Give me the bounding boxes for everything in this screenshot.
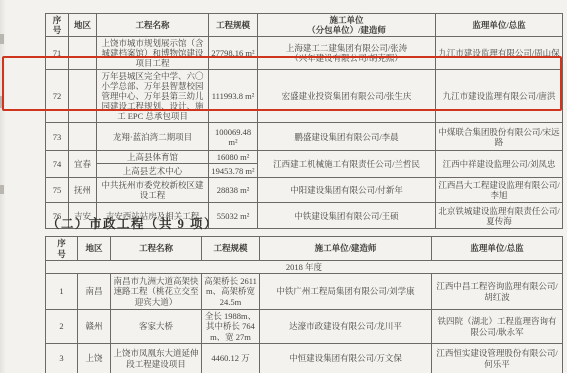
cell-serial: 71	[46, 37, 69, 70]
table-row: 73 龙翔·蓝泊湾二期项目 100069.48 m² 鹏盛建设集团有限公司/李晨…	[46, 123, 563, 151]
cell-project-name: 上高县艺术中心	[97, 164, 209, 178]
column-header-builder: 施工单位/建造师	[260, 237, 432, 261]
scan-artifact	[0, 96, 4, 108]
cell-scale: 16080 m²	[209, 151, 258, 164]
column-header-scale: 工程规模	[202, 237, 260, 261]
cell-project-name: 上高县体育馆	[97, 151, 209, 164]
scan-artifact	[0, 34, 4, 44]
table-row: 3 上饶 上饶市凤凰东大道延伸段工程建设项目 4460.12 万 中恒建设集团有…	[46, 344, 563, 373]
cell-scale: 19453.78 m²	[209, 164, 258, 178]
table-row-highlighted: 72 万年县城区完全中学、六〇小学总部、万年县智慧校园管理中心、万年县第三幼儿园…	[46, 70, 563, 123]
cell-builder: 中铁建设集团有限公司/王硕	[258, 203, 436, 229]
cell-serial: 2	[46, 310, 78, 344]
table-row: 1 南昌 南昌市九洲大道高架快速路工程（桃花立交至迎宾大道） 高架桥长 2611…	[46, 274, 563, 310]
cell-region: 南昌	[78, 274, 111, 310]
column-header-region: 地区	[69, 14, 97, 37]
cell-scale: 高架桥长 2611m、高架桥宽 24.5m	[202, 274, 260, 310]
cell-supervisor: 江西中祥建设监理公司/刘凤忠	[436, 151, 563, 178]
cell-builder: 中铁广州工程局集团有限公司/刘学康	[260, 274, 432, 310]
cell-serial: 74	[46, 151, 69, 178]
cell-scale: 100069.48 m²	[209, 123, 258, 151]
cell-scale: 全长 1988m、其中桥长 764m、宽 27m	[202, 310, 260, 344]
municipal-projects-table: 序 号 地区 工程名称 工程规模 施工单位/建造师 监理单位/总监 2018 年…	[45, 236, 563, 373]
column-header-supervisor: 监理单位/总监	[436, 14, 563, 37]
cell-scale: 4460.12 万	[202, 344, 260, 373]
cell-builder: 上海建工二建集团有限公司/张涛 （兴年建设有限公司/胡克熙）	[258, 37, 436, 70]
cell-scale: 111993.8 m²	[209, 70, 258, 123]
cell-serial: 1	[46, 274, 78, 310]
table-row: 2 赣州 客家大桥 全长 1988m、其中桥长 764m、宽 27m 达濠市政建…	[46, 310, 563, 344]
cell-region: 抚州	[69, 178, 97, 203]
column-header-project-name: 工程名称	[97, 14, 209, 37]
table-row: 71 上饶市城市规划展示馆（含城建档案馆）和博物馆建设项目工程 27798.16…	[46, 37, 563, 70]
cell-scale: 28838 m²	[209, 178, 258, 203]
year-row-label: 2018 年度	[46, 261, 563, 274]
cell-region	[69, 37, 97, 70]
column-header-scale: 工程规模	[209, 14, 258, 37]
scan-artifact	[0, 185, 4, 194]
cell-builder: 中恒建设集团有限公司/万文保	[260, 344, 432, 373]
cell-supervisor: 九江市建设监理有限公司/周山保	[436, 37, 563, 70]
cell-region: 赣州	[78, 310, 111, 344]
year-row: 2018 年度	[46, 261, 563, 274]
cell-builder: 达濠市政建设有限公司/龙川平	[260, 310, 432, 344]
section-title: （二）市政工程（共 9 项）	[47, 214, 218, 232]
column-header-serial: 序 号	[46, 14, 69, 37]
cell-project-name: 万年县城区完全中学、六〇小学总部、万年县智慧校园管理中心、万年县第三幼儿园建设工…	[97, 70, 209, 123]
cell-serial: 72	[46, 70, 69, 123]
table-row: 75 抚州 中共抚州市委党校新校区建设工程 28838 m² 中阳建设集团有限公…	[46, 178, 563, 203]
cell-supervisor: 中煤联合集团股份有限公司/宋远路	[436, 123, 563, 151]
cell-scale: 27798.16 m²	[209, 37, 258, 70]
cell-region	[69, 70, 97, 123]
cell-region: 宜春	[69, 151, 97, 178]
cell-project-name: 龙翔·蓝泊湾二期项目	[97, 123, 209, 151]
column-header-project-name: 工程名称	[111, 237, 202, 261]
cell-project-name: 上饶市城市规划展示馆（含城建档案馆）和博物馆建设项目工程	[97, 37, 209, 70]
header-row: 序 号 地区 工程名称 工程规模 施工单位/建造师 监理单位/总监	[46, 237, 563, 261]
cell-supervisor: 江西昌大工程建设监理有限公司/李旭	[436, 178, 563, 203]
column-header-region: 地区	[78, 237, 111, 261]
cell-supervisor: 江西中昌工程咨询监理有限公司/胡红波	[432, 274, 563, 310]
cell-project-name: 南昌市九洲大道高架快速路工程（桃花立交至迎宾大道）	[111, 274, 202, 310]
cell-supervisor: 九江市建设监理有限公司/唐洪	[436, 70, 563, 123]
cell-region	[69, 123, 97, 151]
cell-supervisor: 北京铁城建设监理有限责任公司/夏传海	[436, 203, 563, 229]
cell-serial: 75	[46, 178, 69, 203]
scanned-document-page: 序 号 地区 工程名称 工程规模 施工单位 （分包单位）/建造师 监理单位/总监…	[0, 0, 567, 373]
cell-project-name: 客家大桥	[111, 310, 202, 344]
cell-builder: 宏盛建业投资集团有限公司/张生庆	[258, 70, 436, 123]
header-row: 序 号 地区 工程名称 工程规模 施工单位 （分包单位）/建造师 监理单位/总监	[46, 14, 563, 37]
column-header-supervisor: 监理单位/总监	[432, 237, 563, 261]
column-header-serial: 序 号	[46, 237, 78, 261]
cell-project-name: 上饶市凤凰东大道延伸段工程建设项目	[111, 344, 202, 373]
cell-serial: 3	[46, 344, 78, 373]
cell-project-name: 中共抚州市委党校新校区建设工程	[97, 178, 209, 203]
cell-builder: 鹏盛建设集团有限公司/李晨	[258, 123, 436, 151]
cell-supervisor: 铁四院（湖北）工程监理咨询有限公司/耿永军	[432, 310, 563, 344]
cell-builder: 江西建工机械施工有限责任公司/兰哲民	[258, 151, 436, 178]
cell-region: 上饶	[78, 344, 111, 373]
cell-serial: 73	[46, 123, 69, 151]
table-row: 74 宜春 上高县体育馆 16080 m² 江西建工机械施工有限责任公司/兰哲民…	[46, 151, 563, 164]
cell-builder: 中阳建设集团有限公司/付新年	[258, 178, 436, 203]
cell-supervisor: 江西恒实建设管理股份有限公司/何乐平	[432, 344, 563, 373]
building-projects-table: 序 号 地区 工程名称 工程规模 施工单位 （分包单位）/建造师 监理单位/总监…	[45, 13, 563, 229]
column-header-builder: 施工单位 （分包单位）/建造师	[258, 14, 436, 37]
